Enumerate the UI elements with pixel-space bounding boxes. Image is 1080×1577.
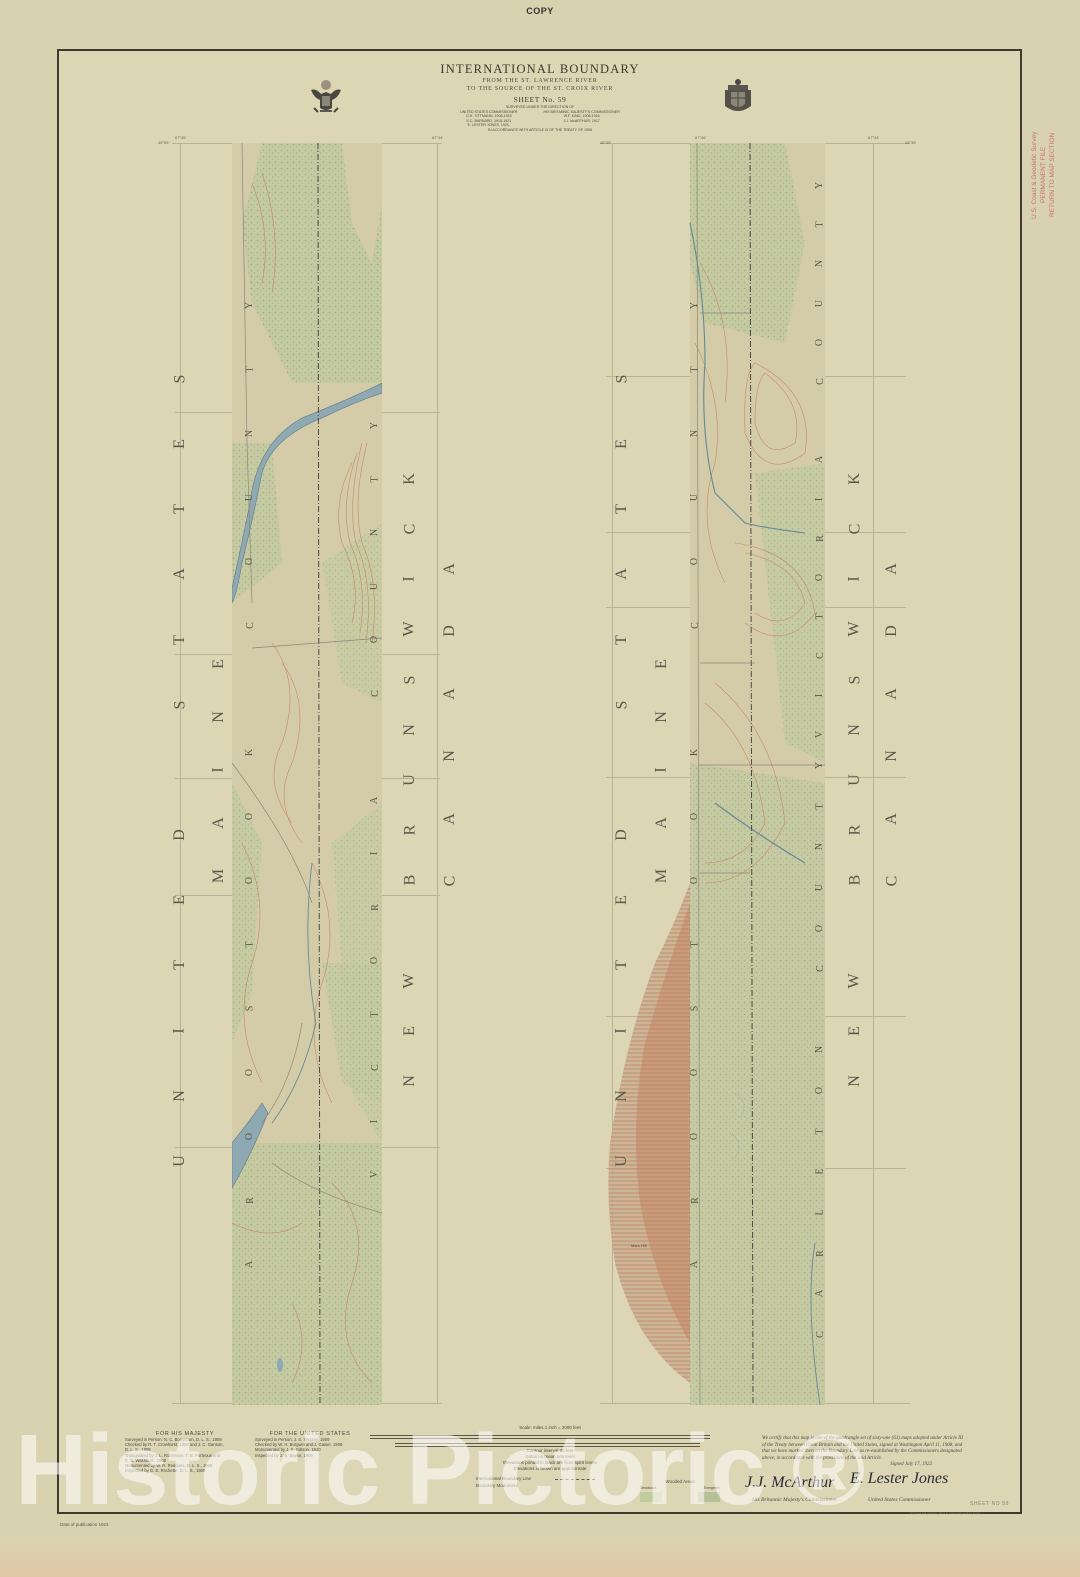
map-frame bbox=[57, 49, 1022, 1514]
label-new-brunswick-left: KCIWSNURB WEN bbox=[398, 470, 422, 1090]
title-block: INTERNATIONAL BOUNDARY FROM THE ST. LAWR… bbox=[0, 62, 1080, 133]
sheet-number: SHEET No. 59 bbox=[0, 95, 1080, 104]
mars-hill-label: Mars Hill bbox=[631, 1243, 647, 1248]
label-canada-left: ADANAC bbox=[438, 560, 462, 890]
stamp-line: PERMANENT FILE bbox=[1039, 120, 1048, 230]
paper-edge bbox=[0, 1540, 1080, 1577]
label-united-states-left: SETATS DETINU bbox=[168, 370, 192, 1170]
tick-label: 67°44' bbox=[868, 135, 879, 140]
right-map-strip[interactable]: Mars Hill bbox=[605, 143, 825, 1405]
subtitle-line1: FROM THE ST. LAWRENCE RIVER bbox=[0, 77, 1080, 85]
label-aroostook-county-right: YTNUOC KOOTSOORA bbox=[685, 300, 705, 1270]
tick-label: 67°46' bbox=[695, 135, 706, 140]
label-united-states-right: SETATS DETINU bbox=[610, 370, 634, 1170]
label-maine-right: ENIAM bbox=[650, 655, 674, 885]
tick-label: 46°35' bbox=[905, 140, 916, 145]
stamp-line: RETURN TO MAP SECTION bbox=[1048, 120, 1057, 230]
label-canada-right: ADANAC bbox=[880, 560, 904, 890]
watermark: Historic Pictoric ® bbox=[15, 1410, 1075, 1530]
copy-label: COPY bbox=[0, 6, 1080, 16]
label-victoria-county-right: YTNUOC AIROTCIV bbox=[810, 180, 830, 740]
tick-label: 67°44' bbox=[432, 135, 443, 140]
tick-label: 67°45' bbox=[175, 135, 186, 140]
stamp-line: U.S. Coast & Geodetic Survey bbox=[1030, 120, 1039, 230]
permanent-file-stamp: U.S. Coast & Geodetic Survey PERMANENT F… bbox=[1030, 120, 1080, 230]
label-victoria-county-left: YTNUOC AIROTCIV bbox=[365, 420, 385, 1180]
label-aroostook-county-left: YTNUOC KOOTSOORA bbox=[240, 300, 260, 1270]
tick-label: 46°55' bbox=[158, 140, 169, 145]
us-commissioners: UNITED STATES COMMISSIONER O.H. TITTMANN… bbox=[460, 110, 517, 128]
graticule-line bbox=[873, 143, 874, 1403]
map-title: INTERNATIONAL BOUNDARY bbox=[0, 62, 1080, 77]
label-carleton-county-right: YTNUOC NOTELRAC bbox=[810, 760, 830, 1340]
treaty-note: IN ACCORDANCE WITH ARTICLE III OF THE TR… bbox=[0, 128, 1080, 133]
bm-commissioner: J.J. McARTHUR, 1917 bbox=[544, 119, 620, 124]
label-maine-left: ENIAM bbox=[207, 655, 231, 885]
subtitle-line2: TO THE SOURCE OF THE ST. CROIX RIVER bbox=[0, 85, 1080, 93]
bm-commissioners: HIS BRITANNIC MAJESTY'S COMMISSIONER W.F… bbox=[544, 110, 620, 128]
commissioners-block: SURVEYED UNDER THE DIRECTION OF UNITED S… bbox=[0, 105, 1080, 133]
label-new-brunswick-right: KCIWSNURB WEN bbox=[843, 470, 867, 1090]
